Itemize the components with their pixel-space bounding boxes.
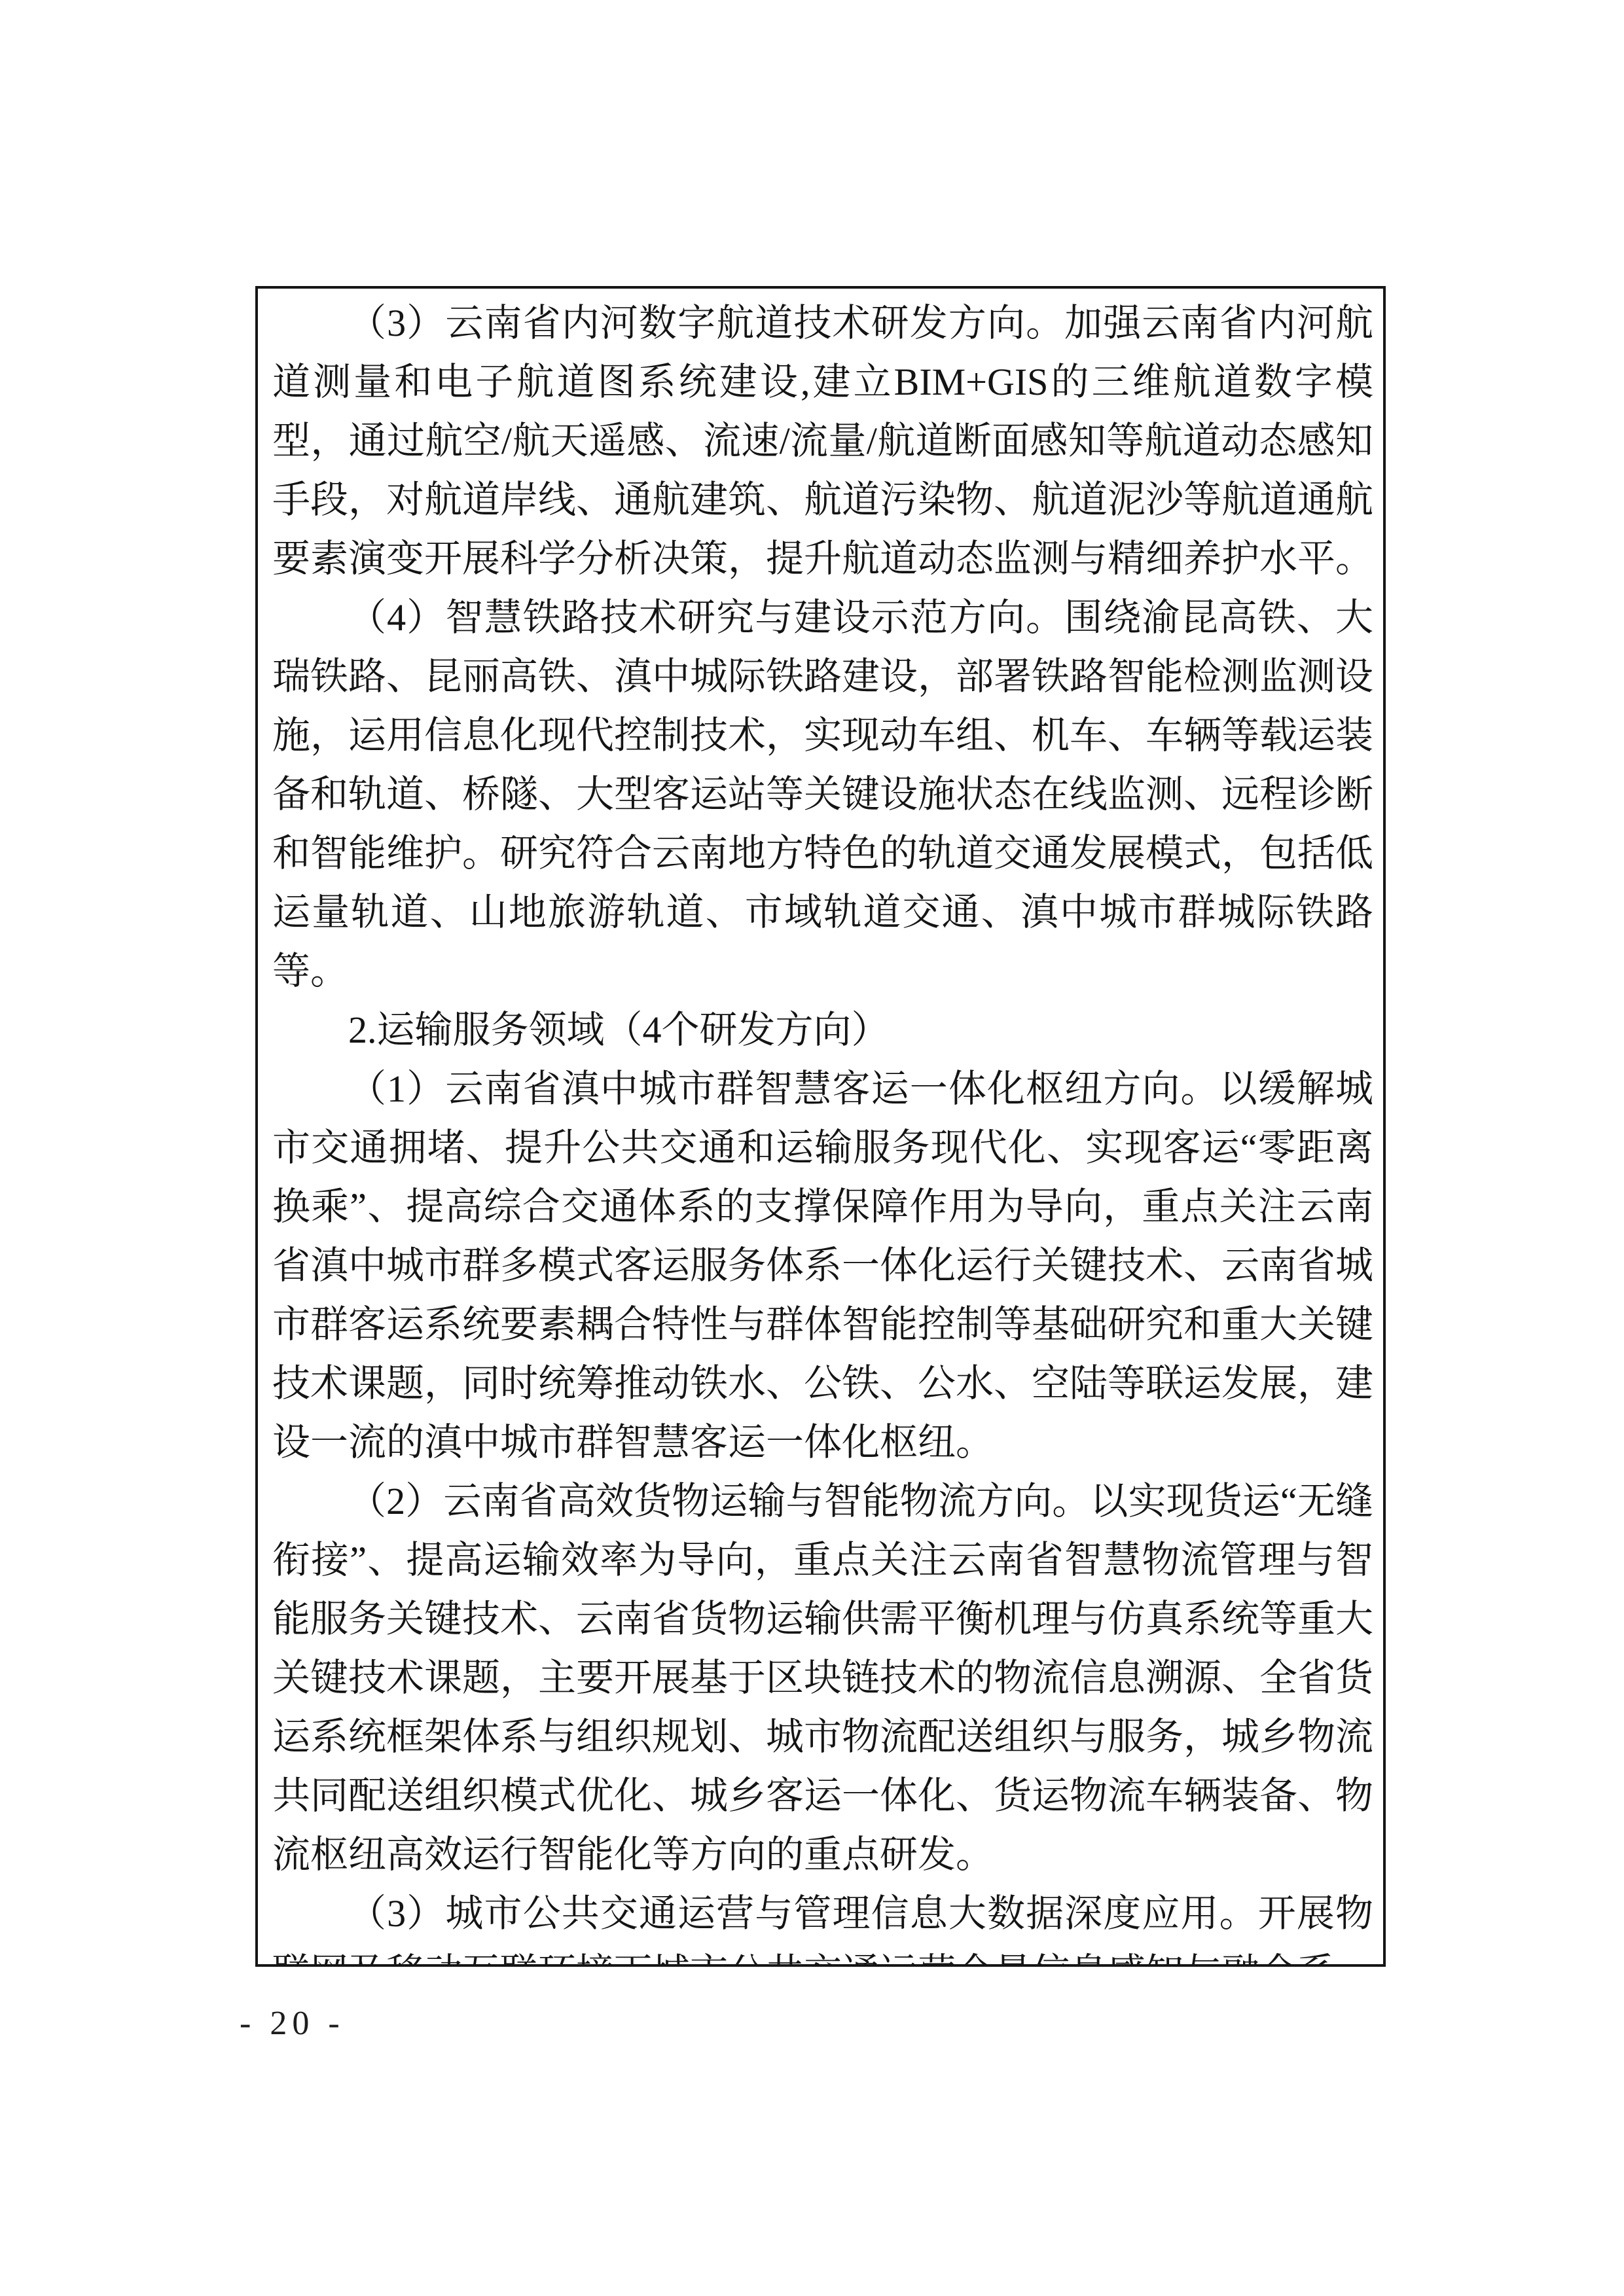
body-paragraph: （4）智慧铁路技术研究与建设示范方向。围绕渝昆高铁、大瑞铁路、昆丽高铁、滇中城际… [272, 588, 1373, 1001]
body-paragraph: （3）云南省内河数字航道技术研发方向。加强云南省内河航道测量和电子航道图系统建设… [272, 294, 1373, 588]
section-heading: 2.运输服务领域（4个研发方向） [272, 1001, 1373, 1060]
document-page: { "page": { "background": "#ffffff", "nu… [0, 0, 1624, 2296]
body-paragraph: （1）云南省滇中城市群智慧客运一体化枢纽方向。以缓解城市交通拥堵、提升公共交通和… [272, 1060, 1373, 1472]
body-paragraph: （3）城市公共交通运营与管理信息大数据深度应用。开展物联网及移动互联环境下城市公… [272, 1884, 1373, 1967]
content-frame: （3）云南省内河数字航道技术研发方向。加强云南省内河航道测量和电子航道图系统建设… [255, 286, 1386, 1967]
body-paragraph: （2）云南省高效货物运输与智能物流方向。以实现货运“无缝衔接”、提高运输效率为导… [272, 1472, 1373, 1884]
page-number: - 20 - [240, 2004, 345, 2043]
